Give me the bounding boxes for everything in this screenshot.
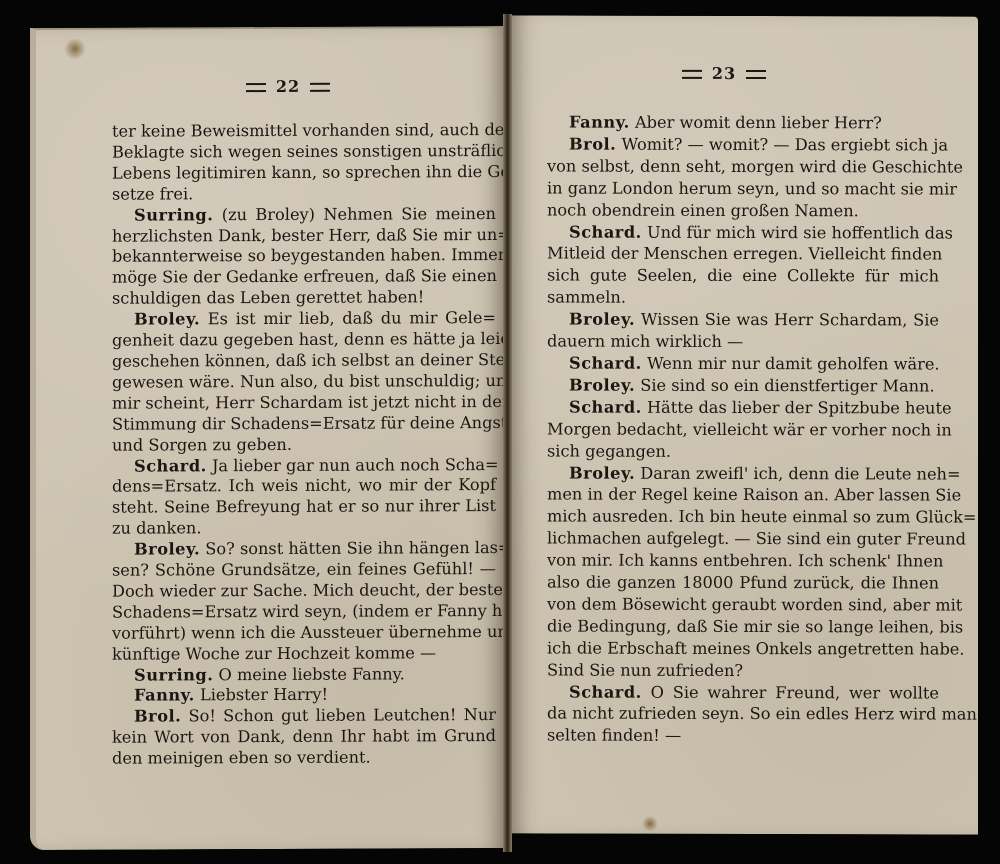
foxing-stain [64, 38, 86, 60]
text-line: dauern mich wirklich — [547, 331, 939, 354]
text-line: sich gegangen. [547, 440, 939, 463]
line-text: Wenn mir nur damit geholfen wäre. [642, 354, 940, 374]
text-line: von mir. Ich kanns entbehren. Ich schenk… [547, 550, 939, 573]
line-text: men in der Regel keine Raison an. Aber l… [547, 485, 961, 505]
line-text: Doch wieder zur Sache. Mich deucht, der … [112, 580, 503, 601]
text-line: zu danken. [112, 517, 496, 540]
text-line: Schard. Hätte das lieber der Spitzbube h… [547, 396, 939, 419]
text-line: herzlichsten Dank, bester Herr, daß Sie … [112, 225, 496, 248]
ornament-rule-icon [246, 83, 266, 92]
text-line: dens=Ersatz. Ich weis nicht, wo mir der … [112, 475, 496, 498]
text-line: Schard. Wenn mir nur damit geholfen wäre… [547, 352, 939, 375]
line-text: ich die Erbschaft meines Onkels angetret… [547, 638, 965, 658]
line-text: sammeln. [547, 288, 626, 307]
text-line: in ganz London herum seyn, und so macht … [547, 177, 939, 200]
text-line: Lebens legitimiren kann, so sprechen ihn… [112, 162, 496, 185]
speaker-name: Schard. [569, 397, 642, 416]
text-line: Broley. Wissen Sie was Herr Schardam, Si… [547, 309, 939, 332]
line-text: Daran zweifl' ich, denn die Leute neh= [635, 463, 960, 483]
text-line: Beklagte sich wegen seines sonstigen uns… [112, 141, 496, 164]
line-text: in ganz London herum seyn, und so macht … [547, 178, 957, 198]
line-text: Liebster Harry! [195, 685, 328, 705]
text-line: also die ganzen 18000 Pfund zurück, die … [547, 572, 939, 595]
line-text: schuldigen das Leben gerettet haben! [112, 288, 424, 308]
line-text: dens=Ersatz. Ich weis nicht, wo mir der … [112, 475, 496, 496]
text-line: Broley. Sie sind so ein dienstfertiger M… [547, 374, 939, 397]
line-text: sich gute Seelen, die eine Collekte für … [547, 266, 939, 286]
text-line: sammeln. [547, 287, 939, 310]
text-line: setze frei. [112, 183, 496, 206]
line-text: da nicht zufrieden seyn. So ein edles He… [547, 704, 977, 724]
text-line: Fanny. Liebster Harry! [112, 684, 496, 707]
foxing-stain [642, 816, 658, 832]
line-text: Wissen Sie was Herr Schardam, Sie [635, 310, 939, 330]
line-text: von mir. Ich kanns entbehren. Ich schenk… [547, 551, 943, 571]
text-line: Schard. O Sie wahrer Freund, wer wollte [547, 681, 939, 704]
text-line: Schard. Und für mich wird sie hoffentlic… [547, 221, 939, 244]
line-text: Und für mich wird sie hoffentlich das [642, 222, 953, 242]
text-line: gewesen wäre. Nun also, du bist unschuld… [112, 371, 496, 394]
text-line: von selbst, denn seht, morgen wird die G… [547, 155, 939, 178]
speaker-name: Schard. [569, 682, 642, 701]
speaker-name: Schard. [569, 222, 642, 241]
line-text: Mitleid der Menschen erregen. Vielleicht… [547, 244, 942, 264]
line-text: die Bedingung, daß Sie mir sie so lange … [547, 616, 963, 636]
speaker-name: Broley. [134, 309, 200, 328]
text-line: Doch wieder zur Sache. Mich deucht, der … [112, 580, 496, 603]
line-text: mir scheint, Herr Schardam ist jetzt nic… [112, 392, 510, 413]
line-text: und Sorgen zu geben. [112, 434, 292, 454]
line-text: sen? Schöne Grundsätze, ein feines Gefüh… [112, 559, 496, 580]
text-line: men in der Regel keine Raison an. Aber l… [547, 484, 939, 507]
right-page: 23 Fanny. Aber womit denn lieber Herr?Br… [510, 15, 978, 834]
speaker-name: Broley. [134, 539, 200, 558]
line-text: Schadens=Ersatz wird seyn, (indem er Fan… [112, 601, 533, 622]
text-line: vorführt) wenn ich die Aussteuer überneh… [112, 622, 496, 645]
line-text: geschehen können, daß ich selbst an dein… [112, 350, 525, 371]
line-text: steht. Seine Befreyung hat er so nur ihr… [112, 496, 496, 517]
line-text: Sie sind so ein dienstfertiger Mann. [635, 376, 934, 396]
text-line: ich die Erbschaft meines Onkels angetret… [547, 637, 939, 660]
speaker-name: Fanny. [134, 686, 195, 705]
line-text: Ja lieber gar nun auch noch Scha= [207, 454, 499, 474]
text-line: Schadens=Ersatz wird seyn, (indem er Fan… [112, 601, 496, 624]
line-text: O Sie wahrer Freund, wer wollte [642, 682, 939, 702]
line-text: setze frei. [112, 184, 193, 203]
text-line: selten finden! — [547, 725, 939, 748]
text-line: steht. Seine Befreyung hat er so nur ihr… [112, 496, 496, 519]
text-line: lichmachen aufgelegt. — Sie sind ein gut… [547, 528, 939, 551]
speaker-name: Schard. [134, 456, 207, 475]
line-text: ter keine Beweismittel vorhanden sind, a… [112, 120, 512, 141]
text-line: Fanny. Aber womit denn lieber Herr? [547, 111, 939, 134]
page-number: 22 [276, 77, 300, 96]
text-line: bekannterweise so beygestanden haben. Im… [112, 245, 496, 268]
text-line: Brol. So! Schon gut lieben Leutchen! Nur [112, 705, 496, 728]
text-line: von dem Bösewicht geraubt worden sind, a… [547, 593, 939, 616]
text-line: Schard. Ja lieber gar nun auch noch Scha… [112, 455, 496, 478]
line-text: Stimmung dir Schadens=Ersatz für deine A… [112, 413, 507, 434]
text-line: Mitleid der Menschen erregen. Vielleicht… [547, 243, 939, 266]
speaker-name: Brol. [569, 134, 616, 153]
line-text: bekannterweise so beygestanden haben. Im… [112, 245, 506, 266]
line-text: den meinigen eben so verdient. [112, 748, 371, 768]
speaker-name: Brol. [134, 707, 181, 726]
line-text: Es ist mir lieb, daß du mir Gele= [200, 308, 496, 328]
text-line: sich gute Seelen, die eine Collekte für … [547, 265, 939, 288]
page-number: 23 [712, 64, 736, 83]
line-text: Aber womit denn lieber Herr? [630, 113, 882, 133]
text-line: den meinigen eben so verdient. [112, 747, 496, 770]
line-text: sich gegangen. [547, 441, 671, 460]
line-text: von dem Bösewicht geraubt worden sind, a… [547, 594, 962, 614]
open-book: 22 ter keine Beweismittel vorhanden sind… [0, 0, 1000, 864]
line-text: möge Sie der Gedanke erfreuen, daß Sie e… [112, 266, 540, 287]
text-line: da nicht zufrieden seyn. So ein edles He… [547, 703, 939, 726]
text-line: Morgen bedacht, vielleicht wär er vorher… [547, 418, 939, 441]
text-line: Surring. (zu Broley) Nehmen Sie meinen [112, 204, 496, 227]
ornament-rule-icon [310, 83, 330, 92]
text-line: genheit dazu gegeben hast, denn es hätte… [112, 329, 496, 352]
line-text: Lebens legitimiren kann, so sprechen ihn… [112, 162, 524, 183]
text-line: schuldigen das Leben gerettet haben! [112, 287, 496, 310]
ornament-rule-icon [746, 70, 766, 79]
line-text: gewesen wäre. Nun also, du bist unschuld… [112, 371, 517, 392]
line-text: genheit dazu gegeben hast, denn es hätte… [112, 329, 526, 350]
text-line: künftige Woche zur Hochzeit komme — [112, 643, 496, 666]
text-line: geschehen können, daß ich selbst an dein… [112, 350, 496, 373]
text-line: mich ausreden. Ich bin heute einmal so z… [547, 506, 939, 529]
line-text: mich ausreden. Ich bin heute einmal so z… [547, 507, 976, 527]
text-line: kein Wort von Dank, denn Ihr habt im Gru… [112, 726, 496, 749]
page-number-header: 22 [36, 76, 508, 97]
line-text: also die ganzen 18000 Pfund zurück, die … [547, 573, 939, 593]
line-text: selten finden! — [547, 726, 681, 745]
text-line: Surring. O meine liebste Fanny. [112, 664, 496, 687]
text-line: Broley. Daran zweifl' ich, denn die Leut… [547, 462, 939, 485]
line-text: noch obendrein einen großen Namen. [547, 200, 859, 220]
text-line: Broley. So? sonst hätten Sie ihn hängen … [112, 538, 496, 561]
left-page: 22 ter keine Beweismittel vorhanden sind… [30, 26, 508, 850]
text-line: sen? Schöne Grundsätze, ein feines Gefüh… [112, 559, 496, 582]
text-line: Broley. Es ist mir lieb, daß du mir Gele… [112, 308, 496, 331]
line-text: So? sonst hätten Sie ihn hängen las= [200, 538, 511, 558]
text-line: Sind Sie nun zufrieden? [547, 659, 939, 682]
line-text: Hätte das lieber der Spitzbube heute [642, 398, 952, 418]
line-text: künftige Woche zur Hochzeit komme — [112, 643, 436, 663]
text-line: Brol. Womit? — womit? — Das ergiebt sich… [547, 133, 939, 156]
text-line: und Sorgen zu geben. [112, 434, 496, 457]
line-text: vorführt) wenn ich die Aussteuer überneh… [112, 622, 518, 643]
line-text: dauern mich wirklich — [547, 332, 743, 352]
line-text: von selbst, denn seht, morgen wird die G… [547, 156, 963, 176]
text-line: möge Sie der Gedanke erfreuen, daß Sie e… [112, 266, 496, 289]
text-line: mir scheint, Herr Schardam ist jetzt nic… [112, 392, 496, 415]
speaker-name: Surring. [134, 205, 213, 224]
line-text: Morgen bedacht, vielleicht wär er vorher… [547, 419, 952, 439]
line-text: O meine liebste Fanny. [213, 664, 404, 684]
line-text: Womit? — womit? — Das ergiebt sich ja [616, 135, 948, 155]
line-text: (zu Broley) Nehmen Sie meinen [213, 204, 496, 224]
line-text: Beklagte sich wegen seines sonstigen uns… [112, 141, 536, 162]
text-line: ter keine Beweismittel vorhanden sind, a… [112, 120, 496, 143]
line-text: herzlichsten Dank, bester Herr, daß Sie … [112, 224, 511, 245]
speaker-name: Fanny. [569, 113, 630, 132]
speaker-name: Broley. [569, 375, 635, 394]
text-line: die Bedingung, daß Sie mir sie so lange … [547, 615, 939, 638]
speaker-name: Broley. [569, 310, 635, 329]
speaker-name: Schard. [569, 354, 642, 373]
line-text: zu danken. [112, 519, 202, 538]
line-text: lichmachen aufgelegt. — Sie sind ein gut… [547, 529, 966, 549]
line-text: Sind Sie nun zufrieden? [547, 660, 743, 680]
ornament-rule-icon [682, 70, 702, 79]
speaker-name: Surring. [134, 665, 213, 684]
text-line: Stimmung dir Schadens=Ersatz für deine A… [112, 413, 496, 436]
line-text: So! Schon gut lieben Leutchen! Nur [181, 705, 496, 725]
text-line: noch obendrein einen großen Namen. [547, 199, 939, 222]
page-number-header: 23 [510, 63, 978, 83]
book-gutter [503, 14, 512, 852]
speaker-name: Broley. [569, 463, 635, 482]
page-text: ter keine Beweismittel vorhanden sind, a… [112, 120, 496, 770]
line-text: kein Wort von Dank, denn Ihr habt im Gru… [112, 726, 496, 747]
page-text: Fanny. Aber womit denn lieber Herr?Brol.… [547, 111, 939, 747]
